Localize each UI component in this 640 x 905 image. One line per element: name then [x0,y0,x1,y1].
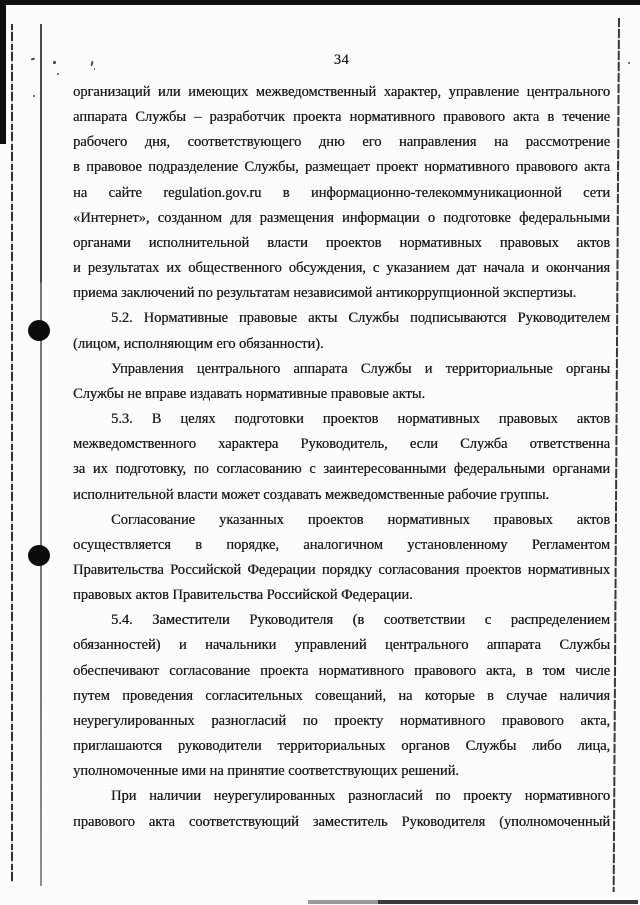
document-body: организаций или имеющих межведомственный… [73,80,610,835]
text-line: путем проведения согласительных совещани… [73,684,610,709]
text-line: аппарата Службы – разработчик проекта но… [73,105,610,130]
text-line: и результатах их общественного обсуждени… [73,256,610,281]
page-number: 34 [73,52,610,69]
text-line: Управления центрального аппарата Службы … [73,357,610,382]
text-line: (лицом, исполняющим его обязанности). [73,332,610,357]
scan-speck [57,73,59,75]
text-line: исполнительной власти может создавать ме… [73,483,610,508]
text-line: на сайте regulation.gov.ru в информацион… [73,181,610,206]
paragraph: 5.4. Заместители Руководителя (в соответ… [73,608,610,784]
scan-speck [33,95,35,97]
binder-hole [28,545,50,566]
text-line: межведомственного характера Руководитель… [73,432,610,457]
text-line: органами исполнительной власти проектов … [73,231,610,256]
text-line: обязанностей) и начальники управлений це… [73,633,610,658]
paragraph: организаций или имеющих межведомственный… [73,80,610,306]
text-line: за их подготовку, по согласованию с заин… [73,457,610,482]
binder-hole [28,320,50,341]
text-line: приглашаются руководители территориальны… [73,734,610,759]
scan-left-edge [0,0,6,144]
paragraph: При наличии неурегулированных разногласи… [73,784,610,834]
text-line: 5.2. Нормативные правовые акты Службы по… [73,306,610,331]
margin-rule-line [40,24,42,886]
scan-speck [31,58,35,61]
text-line: неурегулированных разногласий по проекту… [73,709,610,734]
scan-edge-line-right [613,18,620,892]
paragraph: Управления центрального аппарата Службы … [73,357,610,407]
scan-speck [628,62,630,64]
text-line: При наличии неурегулированных разногласи… [73,784,610,809]
text-line: уполномоченные ими на принятие соответст… [73,759,610,784]
scan-bottom-edge [308,900,638,904]
text-line: организаций или имеющих межведомственный… [73,80,610,105]
text-line: обеспечивают согласование проекта нормат… [73,659,610,684]
text-line: Правительства Российской Федерации поряд… [73,558,610,583]
scanned-page: 34 организаций или имеющих межведомствен… [0,0,640,905]
scan-top-edge [0,0,640,5]
scan-edge-line-left [11,24,13,882]
text-line: осуществляется в порядке, аналогичном ус… [73,533,610,558]
text-line: приема заключений по результатам независ… [73,281,610,306]
text-line: «Интернет», созданном для размещения инф… [73,206,610,231]
paragraph: Согласование указанных проектов норматив… [73,508,610,609]
text-line: 5.3. В целях подготовки проектов нормати… [73,407,610,432]
text-line: правового акта соответствующий заместите… [73,810,610,835]
text-line: правовых актов Правительства Российской … [73,583,610,608]
text-line: 5.4. Заместители Руководителя (в соответ… [73,608,610,633]
scan-speck [53,61,56,64]
text-line: Согласование указанных проектов норматив… [73,508,610,533]
paragraph: 5.3. В целях подготовки проектов нормати… [73,407,610,508]
paragraph: 5.2. Нормативные правовые акты Службы по… [73,306,610,356]
text-line: Службы не вправе издавать нормативные пр… [73,382,610,407]
text-line: рабочего дня, соответствующего дню его н… [73,130,610,155]
text-line: в правовое подразделение Службы, размеща… [73,155,610,180]
